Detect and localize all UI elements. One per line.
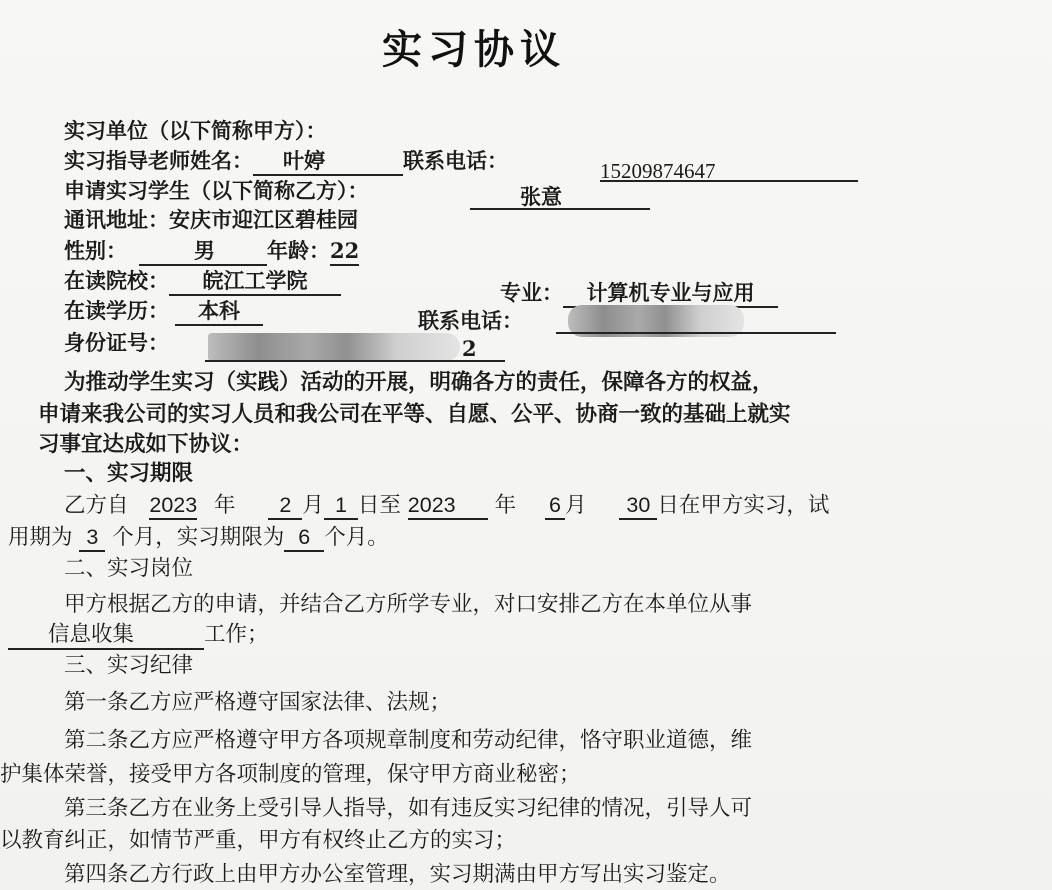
school-label: 在读院校： <box>64 268 169 293</box>
id-underline <box>205 360 505 362</box>
address-label: 通讯地址： <box>64 207 169 232</box>
major-field: 专业：计算机专业与应用 <box>500 280 778 308</box>
address-field: 通讯地址：安庆市迎江区碧桂园 <box>64 207 358 233</box>
id-label: 身份证号： <box>64 330 169 355</box>
school-field: 在读院校：皖江工学院 <box>64 268 341 296</box>
student-underline <box>470 208 650 210</box>
text: 工作； <box>204 622 269 647</box>
text: 乙方自 <box>64 493 129 518</box>
student-phone-label: 联系电话： <box>418 308 523 333</box>
major-value: 计算机专业与应用 <box>563 280 778 308</box>
article-4: 第四条乙方行政上由甲方办公室管理，实习期满由甲方写出实习鉴定。 <box>64 862 731 888</box>
text: 个月。 <box>324 525 389 550</box>
article-1: 第一条乙方应严格遵守国家法律、法规； <box>64 690 451 716</box>
text: 个月，实习期限为 <box>112 525 284 550</box>
teacher-phone-label: 联系电话： <box>403 148 508 173</box>
gender-label: 性别： <box>64 238 127 263</box>
section2-line-1: 甲方根据乙方的申请，并结合乙方所学专业，对口安排乙方在本单位从事 <box>64 592 752 618</box>
student-phone-field: 联系电话： <box>418 308 523 334</box>
start-month: 2 <box>268 492 302 520</box>
text: 月 <box>302 493 324 518</box>
document-title: 实习协议 <box>382 18 566 75</box>
probation-months: 3 <box>79 524 105 552</box>
start-day: 1 <box>324 492 358 520</box>
section1-heading: 一、实习期限 <box>64 461 193 487</box>
student-phone-underline <box>556 332 836 334</box>
text: 用期为 <box>8 525 73 550</box>
unit-field: 实习单位（以下简称甲方）： <box>64 118 327 144</box>
unit-label: 实习单位（以下简称甲方）： <box>64 118 327 143</box>
age-value: 22 <box>330 238 359 266</box>
text: 年 <box>214 493 236 518</box>
degree-value: 本科 <box>175 298 263 326</box>
text: 月 <box>565 493 587 518</box>
section1-line-2: 用期为 3 个月，实习期限为6个月。 <box>8 524 389 552</box>
end-year: 2023 <box>408 492 488 520</box>
age-label: 年龄： <box>267 238 330 263</box>
section3-heading: 三、实习纪律 <box>64 653 193 679</box>
degree-field: 在读学历：本科 <box>64 298 263 326</box>
preamble-line-3: 习事宜达成如下协议： <box>38 432 253 458</box>
preamble-line-1: 为推动学生实习（实践）活动的开展，明确各方的责任，保障各方的权益， <box>64 370 774 396</box>
text: 年 <box>495 493 517 518</box>
gender-value: 男 <box>139 238 267 266</box>
address-value: 安庆市迎江区碧桂园 <box>169 207 358 232</box>
teacher-phone-underline <box>600 180 858 182</box>
section1-line-1: 乙方自 2023 年 2月1日至 2023 年 6月 30日在甲方实习，试 <box>64 492 829 520</box>
article-2-line-2: 护集体荣誉，接受甲方各项制度的管理，保守甲方商业秘密； <box>0 762 581 788</box>
start-year: 2023 <box>149 492 197 520</box>
degree-label: 在读学历： <box>64 298 169 323</box>
section2-line-2: 信息收集工作； <box>8 622 269 650</box>
student-label: 申请实习学生（以下简称乙方）： <box>64 178 369 203</box>
position-value: 信息收集 <box>8 622 204 650</box>
preamble-line-2: 申请来我公司的实习人员和我公司在平等、自愿、公平、协商一致的基础上就实 <box>38 402 791 428</box>
teacher-field: 实习指导老师姓名：叶婷联系电话： <box>64 148 508 176</box>
text: 日至 <box>358 493 401 518</box>
section2-heading: 二、实习岗位 <box>64 556 193 582</box>
end-month: 6 <box>545 492 565 520</box>
end-day: 30 <box>619 492 657 520</box>
article-3-line-1: 第三条乙方在业务上受引导人指导，如有违反实习纪律的情况，引导人可 <box>64 796 752 822</box>
student-value: 张意 <box>520 184 562 210</box>
article-2-line-1: 第二条乙方应严格遵守甲方各项规章制度和劳动纪律，恪守职业道德，维 <box>64 728 752 754</box>
total-months: 6 <box>284 524 324 552</box>
id-value-tail: 2 <box>462 336 477 362</box>
redacted-id <box>208 333 460 361</box>
student-field: 申请实习学生（以下简称乙方）： <box>64 178 369 204</box>
school-value: 皖江工学院 <box>169 268 341 296</box>
article-3-line-2: 以教育纠正，如情节严重，甲方有权终止乙方的实习； <box>0 828 516 854</box>
document-page: 实习协议 实习单位（以下简称甲方）： 实习指导老师姓名：叶婷联系电话： 1520… <box>0 0 1052 890</box>
teacher-value: 叶婷 <box>253 148 403 176</box>
text: 日在甲方实习，试 <box>657 493 829 518</box>
major-label: 专业： <box>500 280 563 305</box>
teacher-label: 实习指导老师姓名： <box>64 148 253 173</box>
gender-age-field: 性别：男年龄：22 <box>64 238 359 266</box>
id-field: 身份证号： <box>64 330 169 356</box>
